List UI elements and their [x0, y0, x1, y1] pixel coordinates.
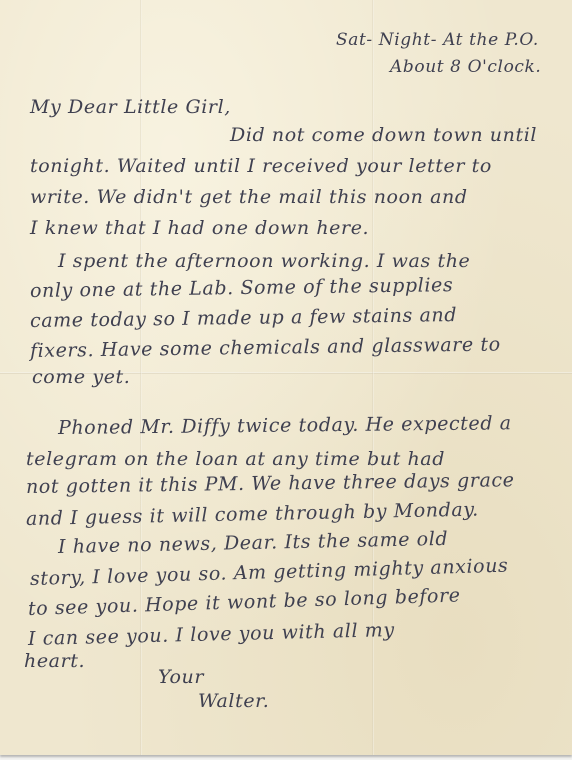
letter-body-line: I have no news, Dear. Its the same old	[58, 528, 449, 558]
letter-body-line: write. We didn't get the mail this noon …	[30, 186, 468, 208]
letter-closing: Your	[158, 666, 204, 688]
letter-signature: Walter.	[198, 690, 269, 712]
fold-crease-vertical-right	[372, 0, 374, 755]
letter-body-line: came today so I made up a few stains and	[30, 304, 457, 332]
letter-body-line: I spent the afternoon working. I was the	[58, 250, 470, 272]
letter-header-line-1: Sat- Night- At the P.O.	[336, 30, 539, 50]
letter-body-line: Phoned Mr. Diffy twice today. He expecte…	[58, 412, 512, 439]
letter-header-line-2: About 8 O'clock.	[390, 57, 541, 77]
letter-body-line: fixers. Have some chemicals and glasswar…	[30, 333, 501, 362]
letter-body-line: tonight. Waited until I received your le…	[30, 155, 492, 177]
letter-body-line: heart.	[24, 650, 85, 672]
letter-body-line: I can see you. I love you with all my	[28, 619, 395, 650]
letter-body-line: come yet.	[32, 366, 130, 388]
letter-body-line: I knew that I had one down here.	[30, 217, 369, 239]
letter-body-line: only one at the Lab. Some of the supplie…	[30, 274, 454, 302]
letter-body-line: telegram on the loan at any time but had	[26, 448, 445, 470]
letter-body-line: and I guess it will come through by Mond…	[26, 499, 479, 530]
letter-body-line: Did not come down town until	[230, 124, 537, 146]
letter-body-line: not gotten it this PM. We have three day…	[26, 469, 515, 498]
letter-body-line: to see you. Hope it wont be so long befo…	[28, 584, 461, 620]
letter-salutation: My Dear Little Girl,	[30, 96, 231, 118]
letter-page: Sat- Night- At the P.O. About 8 O'clock.…	[0, 0, 572, 755]
